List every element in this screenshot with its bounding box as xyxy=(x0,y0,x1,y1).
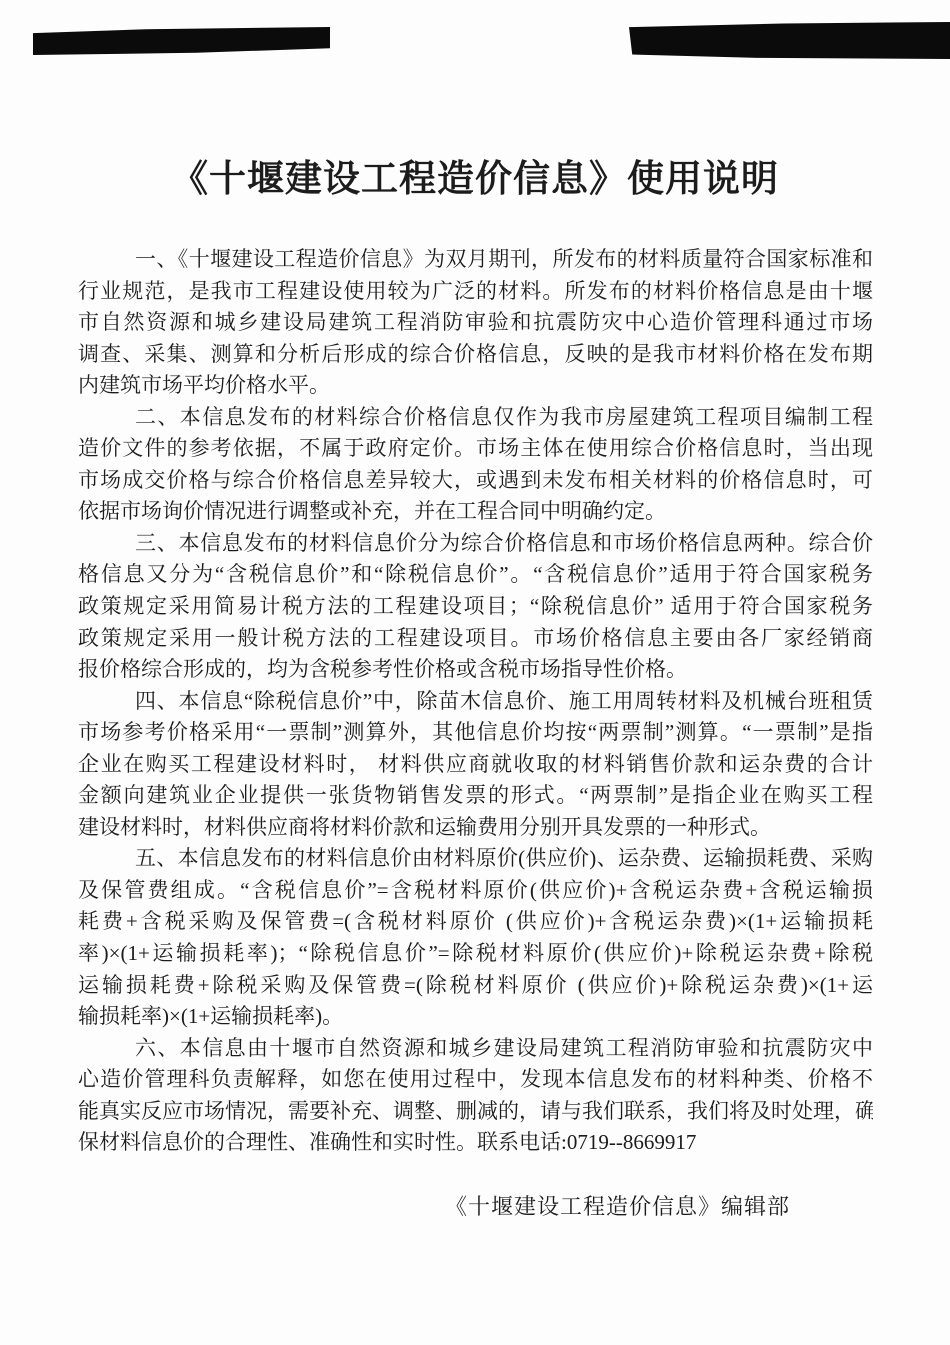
paragraph-line: 格信息又分为“含税信息价”和“除税信息价”。“含税信息价”适用于符合国家税务 xyxy=(78,559,873,591)
paragraph-line: 政策规定采用一般计税方法的工程建设项目。市场价格信息主要由各厂家经销商 xyxy=(78,623,873,655)
paragraph-line: 输损耗率)×(1+运输损耗率)。 xyxy=(78,1001,873,1033)
paragraph-4: 四、本信息“除税信息价”中，除苗木信息价、施工用周转材料及机械台班租赁市场参考价… xyxy=(78,686,873,844)
page-title: 《十堰建设工程造价信息》使用说明 xyxy=(0,148,950,202)
paragraph-line: 市场成交价格与综合价格信息差异较大，或遇到未发布相关材料的价格信息时，可 xyxy=(78,465,873,497)
paragraph-line: 能真实反应市场情况，需要补充、调整、删减的，请与我们联系，我们将及时处理，确 xyxy=(78,1096,873,1128)
paragraph-line: 依据市场询价情况进行调整或补充，并在工程合同中明确约定。 xyxy=(78,496,873,528)
paragraph-line: 一、《十堰建设工程造价信息》为双月期刊，所发布的材料质量符合国家标准和 xyxy=(78,244,873,276)
paragraph-line: 市自然资源和城乡建设局建筑工程消防审验和抗震防灾中心造价管理科通过市场 xyxy=(78,307,873,339)
paragraph-2: 二、本信息发布的材料综合价格信息仅作为我市房屋建筑工程项目编制工程造价文件的参考… xyxy=(78,402,873,528)
paragraph-line: 五、本信息发布的材料信息价由材料原价(供应价)、运杂费、运输损耗费、采购 xyxy=(78,843,873,875)
document-body: 一、《十堰建设工程造价信息》为双月期刊，所发布的材料质量符合国家标准和行业规范，… xyxy=(78,244,873,1159)
paragraph-line: 率)×(1+运输损耗率)；“除税信息价”=除税材料原价(供应价)+除税运杂费+除… xyxy=(78,938,873,970)
paragraph-line: 保材料信息价的合理性、准确性和实时性。联系电话:0719--8669917 xyxy=(78,1127,873,1159)
paragraph-line: 耗费+含税采购及保管费=(含税材料原价 (供应价)+含税运杂费)×(1+运输损耗 xyxy=(78,906,873,938)
paragraph-line: 六、本信息由十堰市自然资源和城乡建设局建筑工程消防审验和抗震防灾中 xyxy=(78,1033,873,1065)
paragraph-line: 市场参考价格采用“一票制”测算外，其他信息价均按“两票制”测算。“一票制”是指 xyxy=(78,717,873,749)
scan-artifact-top-right xyxy=(629,22,950,59)
paragraph-5: 五、本信息发布的材料信息价由材料原价(供应价)、运杂费、运输损耗费、采购及保管费… xyxy=(78,843,873,1032)
paragraph-line: 运输损耗费+除税采购及保管费=(除税材料原价 (供应价)+除税运杂费)×(1+运 xyxy=(78,970,873,1002)
paragraph-line: 调查、采集、测算和分析后形成的综合价格信息，反映的是我市材料价格在发布期 xyxy=(78,339,873,371)
paragraph-line: 三、本信息发布的材料信息价分为综合价格信息和市场价格信息两种。综合价 xyxy=(78,528,873,560)
paragraph-line: 内建筑市场平均价格水平。 xyxy=(78,370,873,402)
paragraph-line: 金额向建筑业企业提供一张货物销售发票的形式。“两票制”是指企业在购买工程 xyxy=(78,780,873,812)
document-page: 《十堰建设工程造价信息》使用说明 一、《十堰建设工程造价信息》为双月期刊，所发布… xyxy=(0,0,950,1345)
paragraph-1: 一、《十堰建设工程造价信息》为双月期刊，所发布的材料质量符合国家标准和行业规范，… xyxy=(78,244,873,402)
paragraph-6: 六、本信息由十堰市自然资源和城乡建设局建筑工程消防审验和抗震防灾中心造价管理科负… xyxy=(78,1033,873,1159)
paragraph-line: 报价格综合形成的，均为含税参考性价格或含税市场指导性价格。 xyxy=(78,654,873,686)
paragraph-line: 企业在购买工程建设材料时， 材料供应商就收取的材料销售价款和运杂费的合计 xyxy=(78,749,873,781)
signature-line: 《十堰建设工程造价信息》编辑部 xyxy=(78,1190,790,1221)
paragraph-line: 行业规范，是我市工程建设使用较为广泛的材料。所发布的材料价格信息是由十堰 xyxy=(78,276,873,308)
paragraph-line: 及保管费组成。“含税信息价”=含税材料原价(供应价)+含税运杂费+含税运输损 xyxy=(78,875,873,907)
paragraph-line: 建设材料时，材料供应商将材料价款和运输费用分别开具发票的一种形式。 xyxy=(78,812,873,844)
paragraph-line: 造价文件的参考依据，不属于政府定价。市场主体在使用综合价格信息时，当出现 xyxy=(78,433,873,465)
scan-artifact-top-left xyxy=(33,27,330,55)
paragraph-line: 二、本信息发布的材料综合价格信息仅作为我市房屋建筑工程项目编制工程 xyxy=(78,402,873,434)
paragraph-line: 心造价管理科负责解释，如您在使用过程中，发现本信息发布的材料种类、价格不 xyxy=(78,1064,873,1096)
paragraph-line: 四、本信息“除税信息价”中，除苗木信息价、施工用周转材料及机械台班租赁 xyxy=(78,686,873,718)
paragraph-3: 三、本信息发布的材料信息价分为综合价格信息和市场价格信息两种。综合价格信息又分为… xyxy=(78,528,873,686)
paragraph-line: 政策规定采用简易计税方法的工程建设项目；“除税信息价” 适用于符合国家税务 xyxy=(78,591,873,623)
